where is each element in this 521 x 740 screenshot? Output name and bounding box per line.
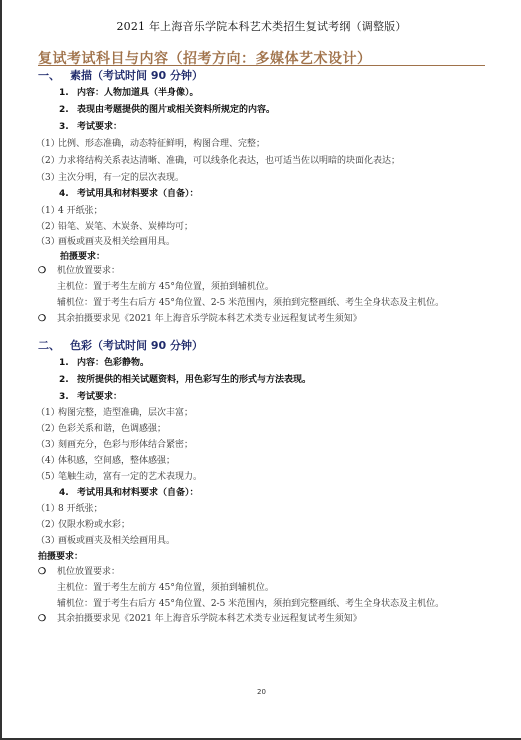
requirement-text: 构图完整，造型准确，层次丰富；: [58, 408, 193, 418]
item-number: 4.: [59, 188, 77, 200]
requirement-text: 色彩关系和谐，色调感强；: [58, 424, 166, 434]
part-number: 二、: [38, 339, 60, 352]
item-text: 考试要求：: [77, 122, 122, 132]
requirement-text: 体积感，空间感，整体感强；: [58, 456, 175, 466]
numbered-item: 2.按所提供的相关试题资料，用色彩写生的形式与方法表现。: [59, 374, 311, 386]
aux-camera-text: 辅机位：置于考生右后方 45°角位置、2-5 米范围内，须拍到完整画纸、考生全身…: [57, 297, 444, 309]
numbered-item: 3.考试要求：: [59, 121, 122, 133]
circle-bullet-icon: ❍: [38, 265, 57, 277]
requirement-index: （4）: [36, 455, 58, 467]
requirement-text: 力求将结构关系表达清晰、准确，可以线条化表达，也可适当佐以明暗的块面化表达；: [58, 156, 400, 166]
item-text: 内容：色彩静物。: [77, 358, 149, 368]
tool-index: （2）: [36, 221, 58, 233]
tool-text: 4 开纸张；: [58, 206, 103, 216]
document-header: 2021 年上海音乐学院本科艺术类招生复试考纲（调整版）: [2, 18, 521, 34]
requirement-index: （3）: [36, 172, 58, 184]
item-text: 考试要求：: [77, 392, 122, 402]
requirement-text: 比例、形态准确，动态特征鲜明，构图合理、完整；: [58, 139, 265, 149]
numbered-item: 3.考试要求：: [59, 391, 122, 403]
tool-index: （3）: [36, 236, 58, 248]
item-text: 考试用具和材料要求（自备）：: [77, 488, 199, 498]
shooting-requirements-title: 拍摄要求：: [38, 551, 83, 563]
bullet-item: ❍机位放置要求：: [38, 566, 120, 578]
circle-bullet-icon: ❍: [38, 566, 57, 578]
requirement-index: （5）: [36, 471, 58, 483]
tool-text: 画板或画夹及相关绘画用具。: [58, 536, 175, 546]
part-title: 素描（考试时间 90 分钟）: [70, 69, 203, 82]
requirement-text: 笔触生动，富有一定的艺术表现力。: [58, 472, 202, 482]
item-number: 2.: [59, 104, 77, 116]
item-text: 考试用具和材料要求（自备）：: [77, 189, 199, 199]
aux-camera-text: 辅机位：置于考生右后方 45°角位置、2-5 米范围内，须拍到完整画纸、考生全身…: [57, 598, 444, 610]
shooting-requirements-title: 拍摄要求：: [60, 251, 105, 263]
requirement-item: （3）主次分明，有一定的层次表现。: [36, 172, 184, 184]
item-text: 内容：人物加道具（半身像）。: [77, 88, 199, 98]
numbered-item: 1.内容：色彩静物。: [59, 357, 149, 369]
section-divider: [38, 65, 485, 66]
tool-text: 8 开纸张；: [58, 504, 103, 514]
circle-bullet-icon: ❍: [38, 313, 57, 325]
tool-item: （2）铅笔、炭笔、木炭条、炭棒均可；: [36, 221, 193, 233]
item-number: 3.: [59, 391, 77, 403]
requirement-item: （5）笔触生动，富有一定的艺术表现力。: [36, 471, 202, 483]
bullet-text: 机位放置要求：: [57, 266, 120, 276]
bullet-text: 其余拍摄要求见《2021 年上海音乐学院本科艺术类专业远程复试考生须知》: [57, 314, 362, 324]
item-text: 表现由考题提供的图片或相关资料所规定的内容。: [77, 105, 275, 115]
bullet-text: 其余拍摄要求见《2021 年上海音乐学院本科艺术类专业远程复试考生须知》: [57, 614, 362, 624]
tool-item: （1）8 开纸张；: [36, 503, 103, 515]
item-text: 按所提供的相关试题资料，用色彩写生的形式与方法表现。: [77, 375, 311, 385]
tool-text: 铅笔、炭笔、木炭条、炭棒均可；: [58, 222, 193, 232]
requirement-index: （1）: [36, 138, 58, 150]
item-number: 1.: [59, 357, 77, 369]
requirement-text: 刻画充分，色彩与形体结合紧密；: [58, 440, 193, 450]
item-number: 3.: [59, 121, 77, 133]
requirement-item: （1）构图完整，造型准确，层次丰富；: [36, 407, 193, 419]
main-camera-text: 主机位：置于考生左前方 45°角位置，须拍到辅机位。: [57, 582, 274, 594]
tool-index: （2）: [36, 519, 58, 531]
tool-item: （1）4 开纸张；: [36, 205, 103, 217]
main-camera-text: 主机位：置于考生左前方 45°角位置，须拍到辅机位。: [57, 281, 274, 293]
item-number: 1.: [59, 87, 77, 99]
tool-index: （3）: [36, 535, 58, 547]
bullet-item: ❍机位放置要求：: [38, 265, 120, 277]
tool-text: 仅限水粉或水彩；: [58, 520, 130, 530]
circle-bullet-icon: ❍: [38, 613, 57, 625]
tool-item: （3）画板或画夹及相关绘画用具。: [36, 236, 175, 248]
part-heading: 一、素描（考试时间 90 分钟）: [38, 70, 203, 82]
tool-text: 画板或画夹及相关绘画用具。: [58, 237, 175, 247]
requirement-index: （3）: [36, 439, 58, 451]
item-number: 2.: [59, 374, 77, 386]
requirement-text: 主次分明，有一定的层次表现。: [58, 173, 184, 183]
tool-index: （1）: [36, 503, 58, 515]
requirement-index: （2）: [36, 423, 58, 435]
page-number: 20: [2, 688, 521, 696]
tool-item: （2）仅限水粉或水彩；: [36, 519, 130, 531]
part-heading: 二、色彩（考试时间 90 分钟）: [38, 340, 203, 352]
requirement-index: （2）: [36, 155, 58, 167]
requirement-item: （4）体积感，空间感，整体感强；: [36, 455, 175, 467]
requirement-item: （2）力求将结构关系表达清晰、准确，可以线条化表达，也可适当佐以明暗的块面化表达…: [36, 155, 400, 167]
numbered-item: 4.考试用具和材料要求（自备）：: [59, 188, 199, 200]
item-number: 4.: [59, 487, 77, 499]
tool-index: （1）: [36, 205, 58, 217]
document-page: 2021 年上海音乐学院本科艺术类招生复试考纲（调整版） 复试考试科目与内容（招…: [0, 0, 521, 740]
numbered-item: 4.考试用具和材料要求（自备）：: [59, 487, 199, 499]
part-number: 一、: [38, 69, 60, 82]
numbered-item: 2.表现由考题提供的图片或相关资料所规定的内容。: [59, 104, 275, 116]
bullet-text: 机位放置要求：: [57, 567, 120, 577]
bullet-item: ❍其余拍摄要求见《2021 年上海音乐学院本科艺术类专业远程复试考生须知》: [38, 313, 362, 325]
requirement-item: （3）刻画充分，色彩与形体结合紧密；: [36, 439, 193, 451]
bullet-item: ❍其余拍摄要求见《2021 年上海音乐学院本科艺术类专业远程复试考生须知》: [38, 613, 362, 625]
part-title: 色彩（考试时间 90 分钟）: [70, 339, 203, 352]
tool-item: （3）画板或画夹及相关绘画用具。: [36, 535, 175, 547]
requirement-index: （1）: [36, 407, 58, 419]
numbered-item: 1.内容：人物加道具（半身像）。: [59, 87, 199, 99]
requirement-item: （1）比例、形态准确，动态特征鲜明，构图合理、完整；: [36, 138, 265, 150]
requirement-item: （2）色彩关系和谐，色调感强；: [36, 423, 166, 435]
